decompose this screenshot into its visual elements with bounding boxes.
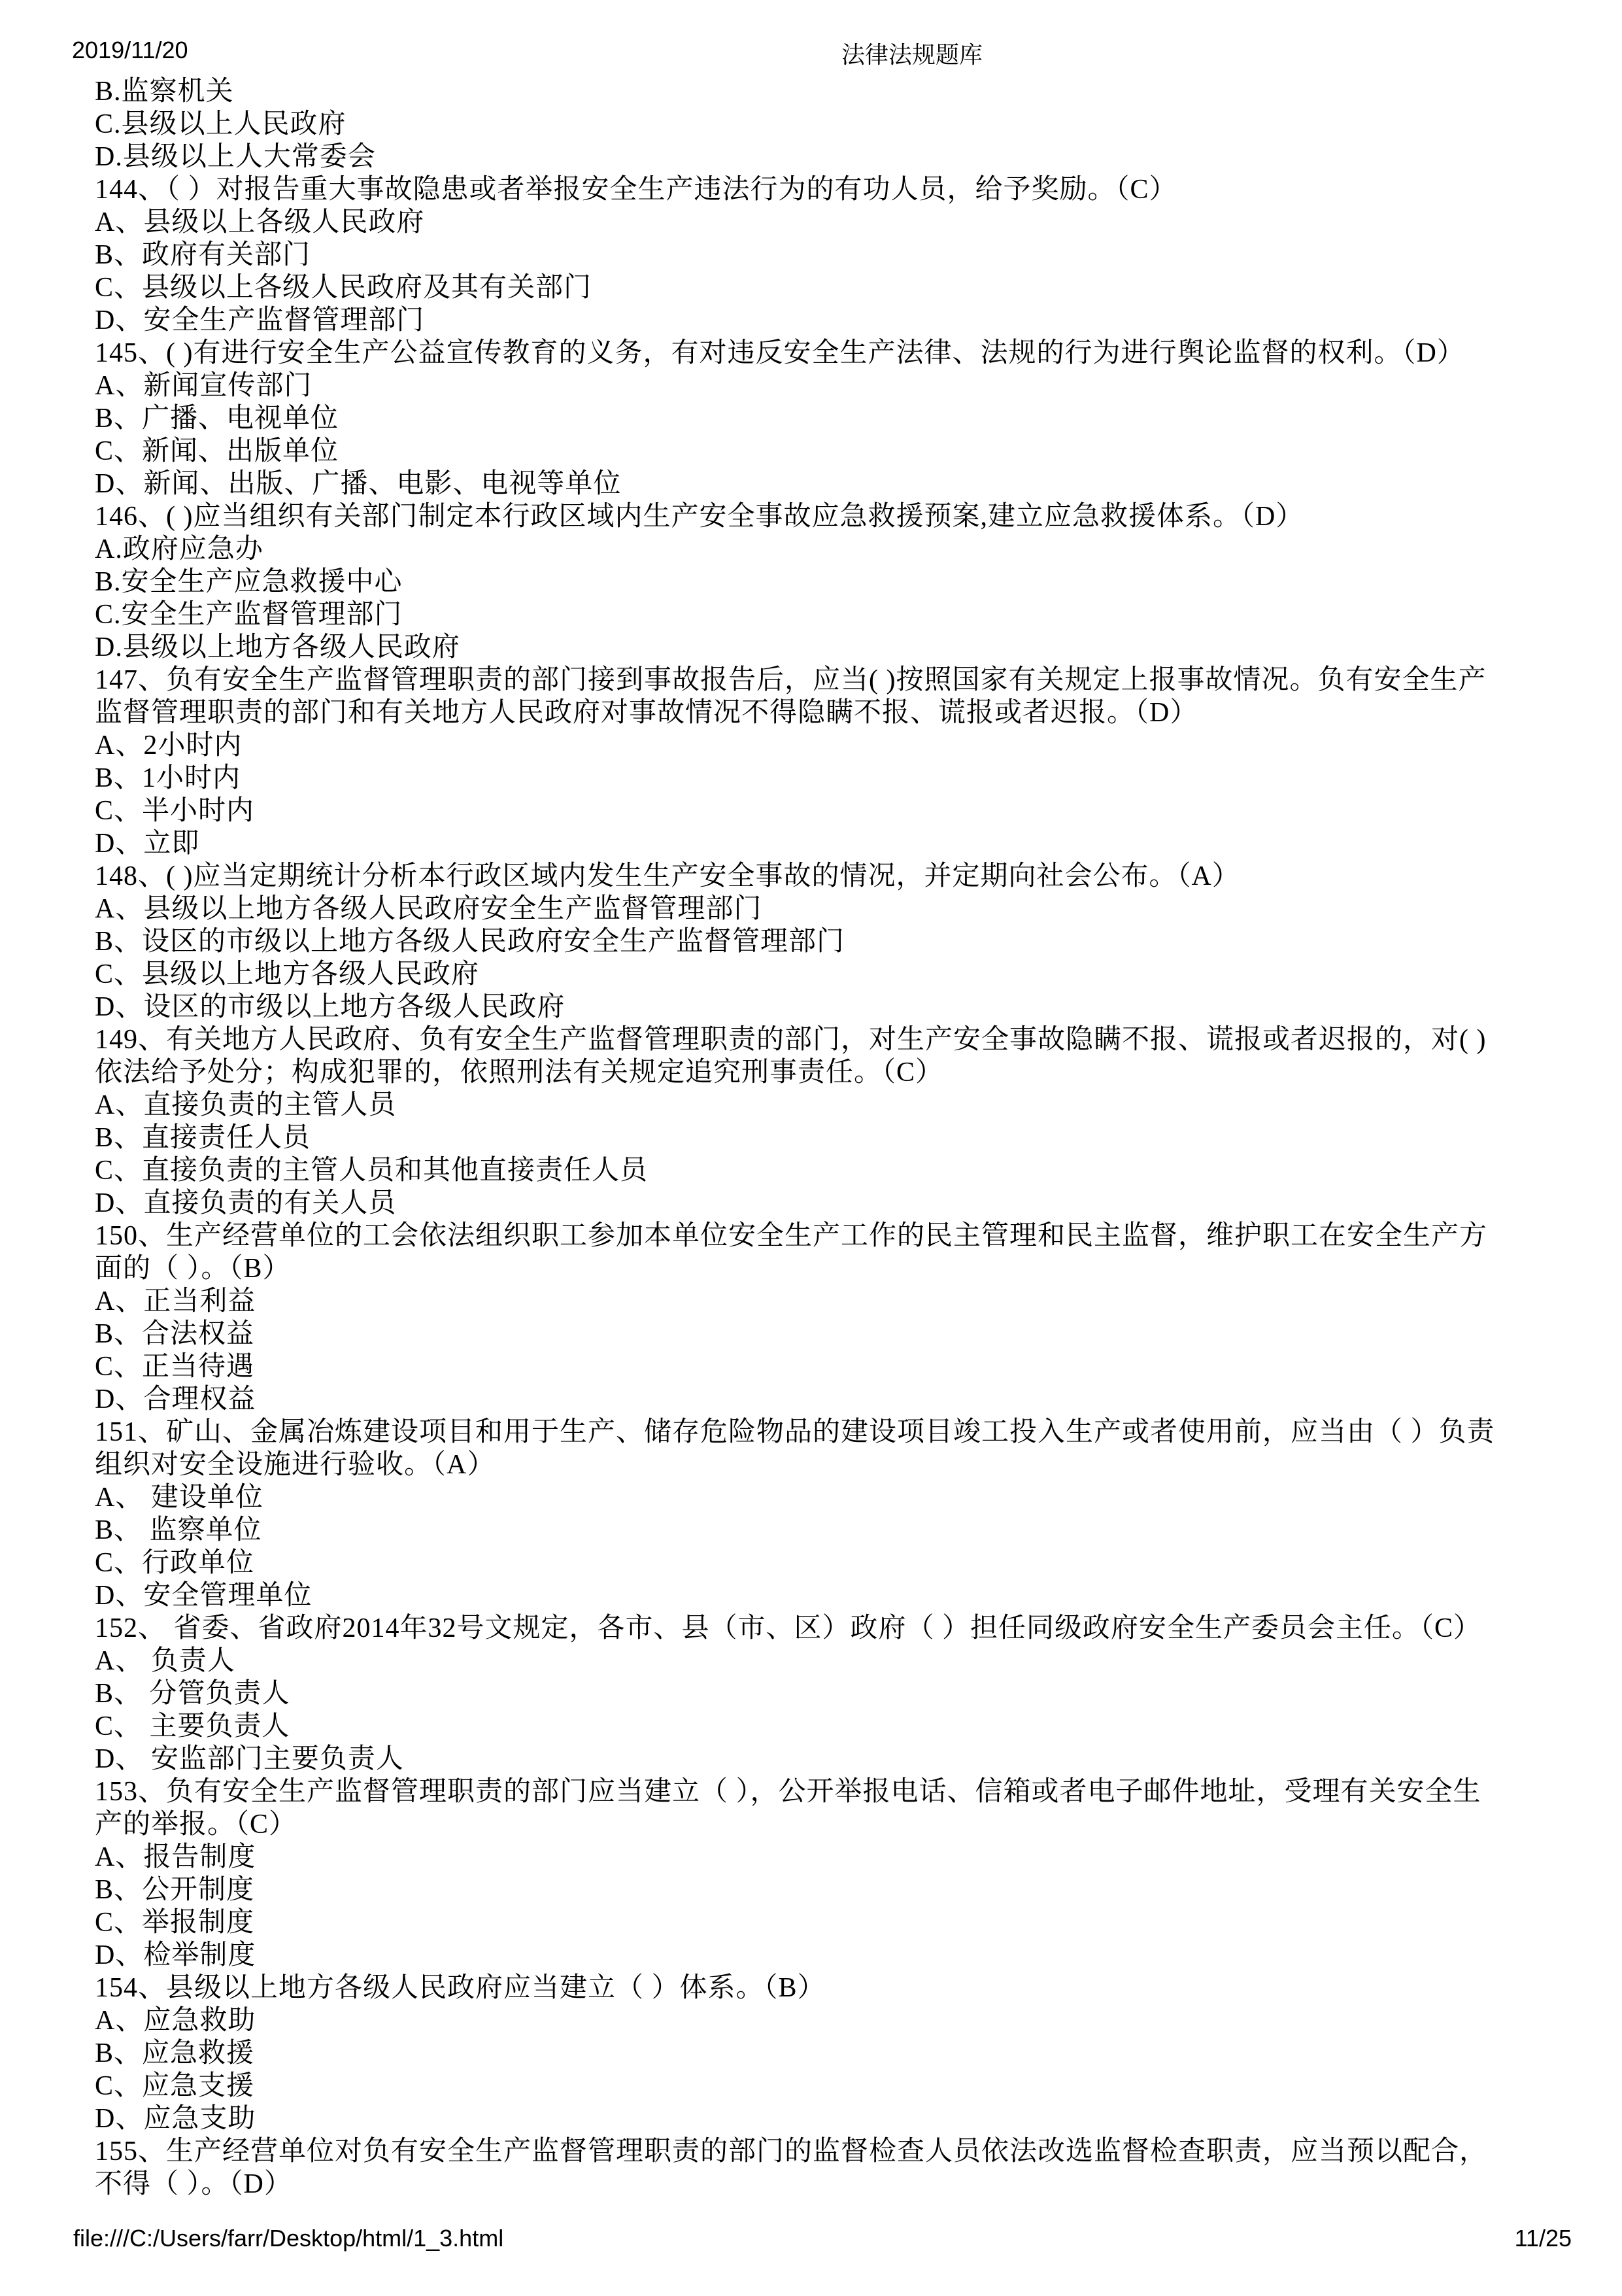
document-line: 依法给予处分；构成犯罪的，依照刑法有关规定追究刑事责任。（C） <box>95 1056 1585 1089</box>
document-line: A.政府应急办 <box>95 533 1585 566</box>
document-line: 145、( )有进行安全生产公益宣传教育的义务，有对违反安全生产法律、法规的行为… <box>95 337 1585 369</box>
document-line: D、立即 <box>95 827 1585 860</box>
document-body: B.监察机关C.县级以上人民政府D.县级以上人大常委会144、（ ）对报告重大事… <box>95 75 1585 2201</box>
document-line: C、县级以上地方各级人民政府 <box>95 958 1585 991</box>
document-line: D、直接负责的有关人员 <box>95 1187 1585 1220</box>
document-line: B、直接责任人员 <box>95 1122 1585 1154</box>
document-line: 155、生产经营单位对负有安全生产监督管理职责的部门的监督检查人员依法改选监督检… <box>95 2135 1585 2168</box>
document-line: D、应急支助 <box>95 2102 1585 2135</box>
document-line: 产的举报。（C） <box>95 1808 1585 1841</box>
document-line: B、 监察单位 <box>95 1514 1585 1547</box>
document-line: D.县级以上人大常委会 <box>95 141 1585 173</box>
document-line: D、设区的市级以上地方各级人民政府 <box>95 991 1585 1023</box>
document-line: 面的（ ）。（B） <box>95 1252 1585 1285</box>
document-line: 147、负有安全生产监督管理职责的部门接到事故报告后，应当( )按照国家有关规定… <box>95 664 1585 696</box>
print-footer-page-number: 11/25 <box>1515 2225 1572 2252</box>
document-line: D、安全生产监督管理部门 <box>95 304 1585 337</box>
print-footer-file-url: file:///C:/Users/farr/Desktop/html/1_3.h… <box>73 2225 503 2252</box>
document-line: D.县级以上地方各级人民政府 <box>95 631 1585 664</box>
document-line: 153、负有安全生产监督管理职责的部门应当建立（ ），公开举报电话、信箱或者电子… <box>95 1775 1585 1808</box>
document-line: 151、矿山、金属冶炼建设项目和用于生产、储存危险物品的建设项目竣工投入生产或者… <box>95 1416 1585 1448</box>
document-line: B.监察机关 <box>95 75 1585 108</box>
document-line: C、举报制度 <box>95 1906 1585 1939</box>
document-line: 144、（ ）对报告重大事故隐患或者举报安全生产违法行为的有功人员，给予奖励。（… <box>95 173 1585 206</box>
document-line: 150、生产经营单位的工会依法组织职工参加本单位安全生产工作的民主管理和民主监督… <box>95 1220 1585 1252</box>
document-line: A、 建设单位 <box>95 1481 1585 1514</box>
document-line: D、 安监部门主要负责人 <box>95 1743 1585 1775</box>
document-line: D、检举制度 <box>95 1939 1585 1972</box>
document-line: B、政府有关部门 <box>95 239 1585 271</box>
document-line: B、合法权益 <box>95 1318 1585 1350</box>
document-line: 149、有关地方人民政府、负有安全生产监督管理职责的部门，对生产安全事故隐瞒不报… <box>95 1023 1585 1056</box>
document-line: C.县级以上人民政府 <box>95 108 1585 141</box>
document-line: 组织对安全设施进行验收。（A） <box>95 1448 1585 1481</box>
document-line: A、直接负责的主管人员 <box>95 1089 1585 1122</box>
document-line: D、新闻、出版、广播、电影、电视等单位 <box>95 468 1585 500</box>
document-line: C、直接负责的主管人员和其他直接责任人员 <box>95 1154 1585 1187</box>
document-line: B、公开制度 <box>95 1874 1585 1906</box>
document-line: A、新闻宣传部门 <box>95 369 1585 402</box>
document-line: A、报告制度 <box>95 1841 1585 1874</box>
document-line: A、2小时内 <box>95 729 1585 762</box>
document-line: C、新闻、出版单位 <box>95 435 1585 468</box>
document-line: B.安全生产应急救援中心 <box>95 566 1585 598</box>
document-line: A、县级以上地方各级人民政府安全生产监督管理部门 <box>95 893 1585 925</box>
document-line: B、 分管负责人 <box>95 1677 1585 1710</box>
document-line: B、1小时内 <box>95 762 1585 795</box>
document-line: B、广播、电视单位 <box>95 402 1585 435</box>
document-line: C、半小时内 <box>95 795 1585 827</box>
document-line: D、合理权益 <box>95 1383 1585 1416</box>
document-line: D、安全管理单位 <box>95 1579 1585 1612</box>
document-line: 152、 省委、省政府2014年32号文规定，各市、县（市、区）政府（ ）担任同… <box>95 1612 1585 1645</box>
document-line: A、 负责人 <box>95 1645 1585 1677</box>
document-line: A、县级以上各级人民政府 <box>95 206 1585 239</box>
print-header-title: 法律法规题库 <box>841 37 983 70</box>
document-line: 不得（ ）。（D） <box>95 2168 1585 2201</box>
document-line: C、正当待遇 <box>95 1350 1585 1383</box>
print-header-date: 2019/11/20 <box>72 37 188 64</box>
document-line: B、应急救援 <box>95 2037 1585 2070</box>
document-line: C、应急支援 <box>95 2070 1585 2102</box>
document-line: C、县级以上各级人民政府及其有关部门 <box>95 271 1585 304</box>
document-line: C、 主要负责人 <box>95 1710 1585 1743</box>
document-line: C、行政单位 <box>95 1547 1585 1579</box>
document-line: B、设区的市级以上地方各级人民政府安全生产监督管理部门 <box>95 925 1585 958</box>
document-line: A、应急救助 <box>95 2004 1585 2037</box>
document-line: A、正当利益 <box>95 1285 1585 1318</box>
document-line: 148、( )应当定期统计分析本行政区域内发生生产安全事故的情况，并定期向社会公… <box>95 860 1585 893</box>
document-line: C.安全生产监督管理部门 <box>95 598 1585 631</box>
document-line: 监督管理职责的部门和有关地方人民政府对事故情况不得隐瞒不报、谎报或者迟报。（D） <box>95 696 1585 729</box>
document-line: 154、县级以上地方各级人民政府应当建立（ ）体系。（B） <box>95 1972 1585 2004</box>
document-line: 146、( )应当组织有关部门制定本行政区域内生产安全事故应急救援预案,建立应急… <box>95 500 1585 533</box>
